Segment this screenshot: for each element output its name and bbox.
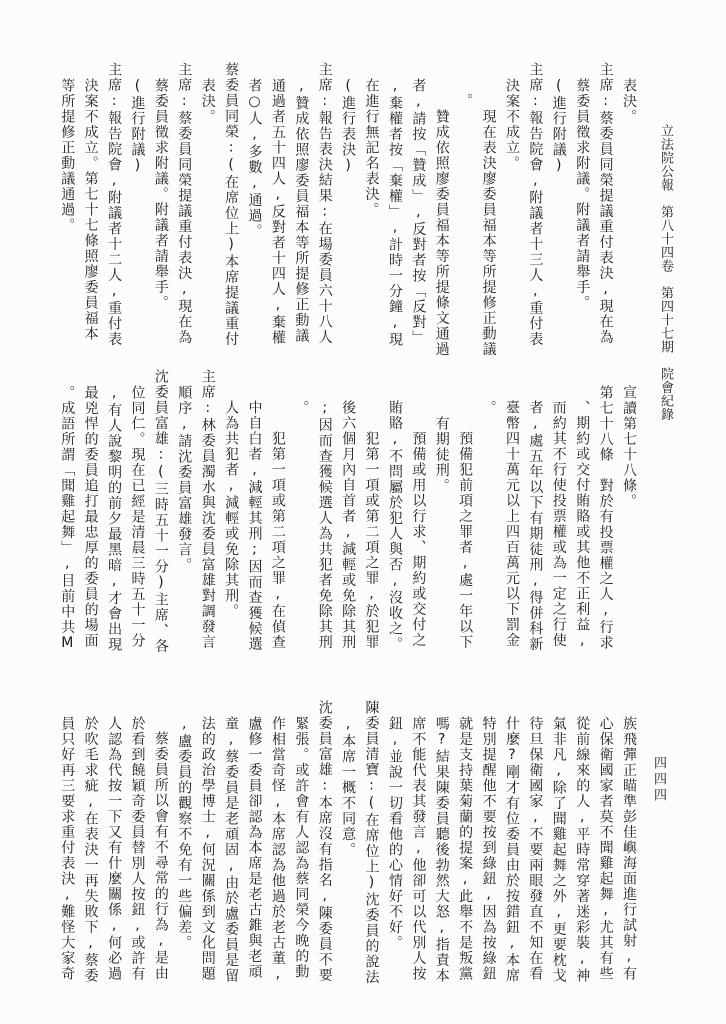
text-column: ,有人說黎明的前夕最黑暗,才會出現 xyxy=(102,369,125,669)
text-column: 位同仁。現在已經是清晨三時五十一分 xyxy=(125,369,148,669)
text-column: 第七十八條 對於有投票權之人,行求 xyxy=(593,369,616,669)
text-column: 。 xyxy=(476,369,499,669)
gazette-scanned-page: 立法院公報 第八十四卷 第四十七期 院會紀錄 四四四 表決。主席:蔡委員同榮提議… xyxy=(0,0,726,1024)
text-column: ,盧委員的觀察不免有一些偏差。 xyxy=(172,700,195,990)
text-column: 主席:蔡委員同榮提議重付表決,現在為 xyxy=(172,62,195,362)
text-column: 有期徒刑。 xyxy=(429,369,452,669)
text-column: 蔡委員徵求附議。附議者請舉手。 xyxy=(570,62,593,362)
text-column: 賄賂,不問屬於犯人與否,沒收之。 xyxy=(383,369,406,669)
text-column: 決案不成立。第七十七條照廖委員福本 xyxy=(78,62,101,362)
text-column: 盧修一委員卻認為本席是老古錐與老頑 xyxy=(242,700,265,990)
text-column: 者○人,多數,通過。 xyxy=(242,62,265,362)
text-band-middle: 宣讀第七十八條。第七十八條 對於有投票權之人,行求、期約或交付賄賂或其他不正利益… xyxy=(52,369,640,669)
text-column: 沈委員富雄:(三時五十一分)主席、各 xyxy=(148,369,171,669)
text-column: 從前線來的人,平時常穿著迷彩裝,神 xyxy=(570,700,593,990)
text-column: 於吹毛求疵,在表決一再失敗下,蔡委 xyxy=(78,700,101,990)
text-column: 而約其不行使投票權或為一定之行使 xyxy=(546,369,569,669)
text-column: 。 xyxy=(289,369,312,669)
text-column: 。 xyxy=(453,62,476,362)
text-column: 最兇悍的委員追打最忠厚的委員的場面 xyxy=(78,369,101,669)
text-column: 待旦保衛國家,不要兩眼發直不知在看 xyxy=(523,700,546,990)
text-column: 氣非凡,除了聞雞起舞之外,更要枕戈 xyxy=(546,700,569,990)
text-column: 主席:報告表決結果:在場委員六十八人 xyxy=(312,62,335,362)
text-column: 預備犯前項之罪者,處一年以下 xyxy=(453,369,476,669)
text-column: 什麼?剛才有位委員由於按錯鈕,本席 xyxy=(500,700,523,990)
text-column: (進行表決) xyxy=(336,62,359,362)
text-column: 主席:林委員濁水與沈委員富雄對調發言 xyxy=(195,369,218,669)
text-column: 者,請按「贊成」,反對者按「反對」 xyxy=(406,62,429,362)
text-column: 預備或用以行求、期約或交付之 xyxy=(406,369,429,669)
text-column: 犯第一項或第二項之罪,於犯罪 xyxy=(359,369,382,669)
text-column: 沈委員富雄:本席沒有指名,陳委員不要 xyxy=(312,700,335,990)
text-column: 主席:報告院會,附議者十二人,重付表 xyxy=(102,62,125,362)
text-column: 蔡委員所以會有不尋常的行為,是由 xyxy=(148,700,171,990)
text-column: 員只好再三要求重付表決,難怪大家奇 xyxy=(55,700,78,990)
text-band-bottom: 族飛彈正瞄準彭佳嶼海面進行試射,有心保衛國家者莫不聞雞起舞,尤其有些從前線來的人… xyxy=(52,700,640,990)
text-column: ,贊成依照廖委員福本等所提修正動議 xyxy=(289,62,312,362)
text-column: 席不能代表其發言,他卻可以代別人按 xyxy=(406,700,429,990)
text-column: 表決。 xyxy=(617,62,640,362)
text-column: 臺幣四十萬元以上四百萬元以下罰金 xyxy=(500,369,523,669)
text-column: ,本席一概不同意。 xyxy=(336,700,359,990)
text-column: 就是支持葉菊蘭的提案,此舉不是叛黨 xyxy=(453,700,476,990)
text-column: 作相當奇怪,本席認為他過於老古董, xyxy=(266,700,289,990)
text-column: 後六個月內自首者,減輕或免除其刑 xyxy=(336,369,359,669)
text-column: 者,處五年以下有期徒刑,得併科新 xyxy=(523,369,546,669)
text-column: ,棄權者按「棄權」,計時一分鐘,現 xyxy=(383,62,406,362)
text-column: 現在表決廖委員福本等所提修正動議 xyxy=(476,62,499,362)
text-column: 表決。 xyxy=(195,62,218,362)
page-number: 四四四 xyxy=(646,756,670,804)
text-column: 人為共犯者,減輕或免除其刑。 xyxy=(219,369,242,669)
page-header: 立法院公報 第八十四卷 第四十七期 院會紀錄 xyxy=(653,124,677,421)
text-column: 順序,請沈委員富雄發言。 xyxy=(172,369,195,669)
text-column: 中自白者,減輕其刑;因而查獲候選 xyxy=(242,369,265,669)
text-column: 法的政治學博士,何況關係到文化問題 xyxy=(195,700,218,990)
text-column: 、期約或交付賄賂或其他不正利益, xyxy=(570,369,593,669)
text-column: 嗎?結果陳委員聽後勃然大怒,指責本 xyxy=(429,700,452,990)
text-column: 緊張。或許會有人認為蔡同榮今晚的動 xyxy=(289,700,312,990)
text-column: 陳委員清寶:(在席位上)沈委員的說法 xyxy=(359,700,382,990)
text-column: 決案不成立。 xyxy=(500,62,523,362)
text-column: 贊成依照廖委員福本等所提條文通過 xyxy=(429,62,452,362)
text-column: 通過者五十四人,反對者十四人,棄權 xyxy=(266,62,289,362)
text-column: 心保衛國家者莫不聞雞起舞,尤其有些 xyxy=(593,700,616,990)
text-column: 主席:報告院會,附議者十三人,重付表 xyxy=(523,62,546,362)
text-column: 主席:蔡委員同榮提議重付表決,現在為 xyxy=(593,62,616,362)
text-column: 族飛彈正瞄準彭佳嶼海面進行試射,有 xyxy=(617,700,640,990)
text-column: 。成語所謂「聞雞起舞」,目前中共M xyxy=(55,369,78,669)
text-column: 特別提醒他不要按到綠鈕,因為按綠鈕 xyxy=(476,700,499,990)
text-column: (進行附議) xyxy=(125,62,148,362)
text-column: 等所提修正動議通過。 xyxy=(55,62,78,362)
text-band-top: 表決。主席:蔡委員同榮提議重付表決,現在為蔡委員徵求附議。附議者請舉手。(進行附… xyxy=(52,62,640,362)
text-column: ;因而查獲候選人為共犯者免除其刑 xyxy=(312,369,335,669)
text-column: 於看到饒穎奇委員替別人按鈕,或許有 xyxy=(125,700,148,990)
text-column: 蔡委員徵求附議。附議者請舉手。 xyxy=(148,62,171,362)
text-column: 鈕,並說一切看他的心情好不好。 xyxy=(383,700,406,990)
text-column: (進行附議) xyxy=(546,62,569,362)
text-column: 人認為代按一下又有什麼關係,何必過 xyxy=(102,700,125,990)
text-column: 宣讀第七十八條。 xyxy=(617,369,640,669)
text-column: 童,蔡委員是老頑固,由於盧委員是留 xyxy=(219,700,242,990)
text-column: 犯第一項或第二項之罪,在偵查 xyxy=(266,369,289,669)
text-column: 蔡委員同榮:(在席位上)本席提議重付 xyxy=(219,62,242,362)
text-column: 在進行無記名表決。 xyxy=(359,62,382,362)
